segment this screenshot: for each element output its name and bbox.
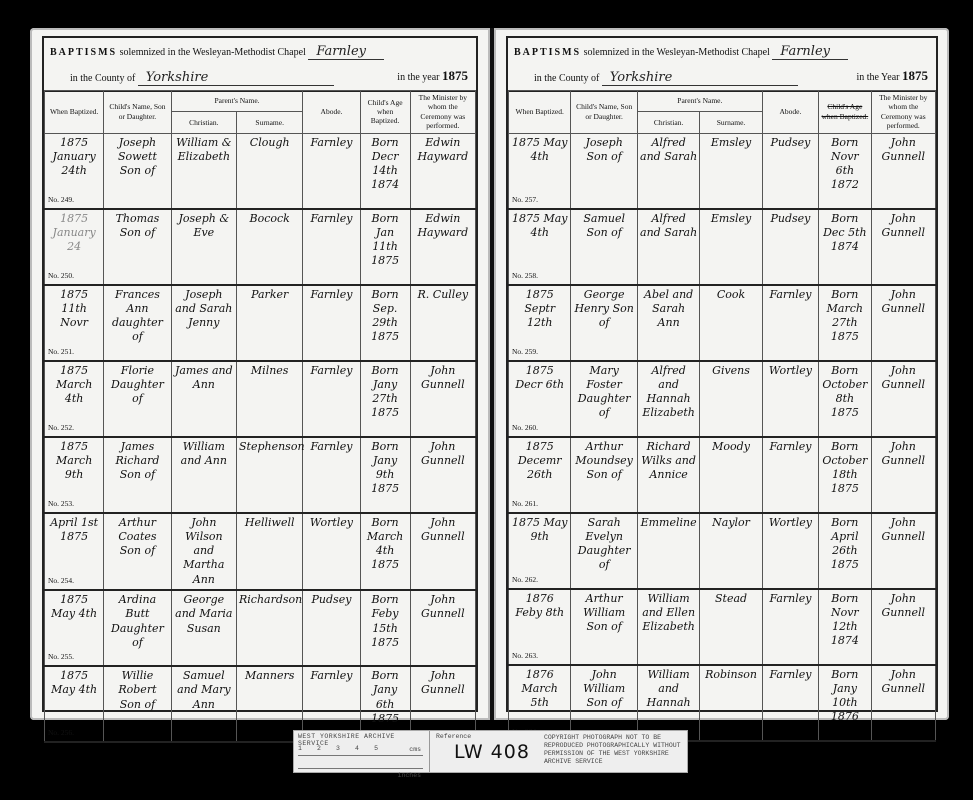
entry-christian: Samuel and Mary Ann [171,666,236,742]
register-frame-right: BAPTISMS solemnized in the Wesleyan-Meth… [506,36,938,712]
entry-age: Born Dec 5th 1874 [819,209,871,285]
col-parents-name: Parent's Name. [171,91,303,112]
entry-minister: John Gunnell [410,437,475,513]
scale-ruler-block: WEST YORKSHIRE ARCHIVE SERVICE 1 2 3 4 5… [294,731,430,772]
entry-christian: William and Ann [171,437,236,513]
county-name: Yorkshire [602,70,798,86]
year-label: in the year [397,72,439,83]
entry-abode: Pudsey [762,133,818,209]
entry-age: Born Novr 6th 1872 [819,133,871,209]
year-line-left: in the year 1875 [397,68,468,84]
entry-child: Sarah Evelyn Daughter of [571,513,637,589]
col-childs-name: Child's Name, Son or Daughter. [104,91,171,134]
entry-age: Born Feby 15th 1875 [360,590,410,666]
header-title-right: BAPTISMS solemnized in the Wesleyan-Meth… [514,44,848,60]
entry-number: No. 255. [48,652,74,662]
register-entry: 1875 Decr 6thNo. 260. Mary Foster Daught… [509,361,936,437]
entry-minister: John Gunnell [410,361,475,437]
col-parents-name: Parent's Name. [637,91,762,112]
entry-child: Thomas Son of [104,209,171,285]
ruler-cm-row: 1 2 3 4 5 cms [298,743,423,756]
entry-abode: Pudsey [303,590,360,666]
entry-christian: George and Maria Susan [171,590,236,666]
register-entry: 1875 May 4thNo. 257. Joseph Son of Alfre… [509,133,936,209]
entry-minister: R. Culley [410,285,475,361]
baptism-table-left: When Baptized. Child's Name, Son or Daug… [44,90,476,743]
ruler-tick: 5 [374,745,378,752]
register-entry: 1875 May 4thNo. 258. Samuel Son of Alfre… [509,209,936,285]
entry-number: No. 263. [512,651,538,661]
entry-age: Born March 27th 1875 [819,285,871,361]
entry-number: No. 261. [512,499,538,509]
entry-number: No. 252. [48,423,74,433]
entry-surname: Givens [700,361,762,437]
register-entry: 1875 March 4thNo. 252. Florie Daughter o… [45,361,476,437]
register-entry: 1875 January 24No. 250. Thomas Son of Jo… [45,209,476,285]
entry-surname: Milnes [237,361,303,437]
entry-age: Born April 26th 1875 [819,513,871,589]
entry-number: No. 256. [48,728,74,738]
entry-surname: Clough [237,133,303,209]
col-when-baptized: When Baptized. [509,91,571,134]
register-page-right: BAPTISMS solemnized in the Wesleyan-Meth… [494,28,949,720]
entry-when: 1875 May 4thNo. 258. [509,209,571,285]
col-surname: Surname. [237,112,303,133]
entry-age: Born Jan 11th 1875 [360,209,410,285]
header-caps: BAPTISMS [50,47,117,58]
entry-minister: Edwin Hayward [410,133,475,209]
ruler-tick: 2 [317,745,321,752]
entry-christian: Alfred and Sarah [637,133,699,209]
col-christian: Christian. [637,112,699,133]
register-entry: 1875 January 24thNo. 249. Joseph Sowett … [45,133,476,209]
entry-child: James Richard Son of [104,437,171,513]
entry-number: No. 251. [48,347,74,357]
entry-number: No. 259. [512,347,538,357]
entry-abode: Farnley [303,285,360,361]
entry-surname: Naylor [700,513,762,589]
col-surname: Surname. [700,112,762,133]
archive-reference-strip: WEST YORKSHIRE ARCHIVE SERVICE 1 2 3 4 5… [293,730,688,773]
entry-child: George Henry Son of [571,285,637,361]
col-childs-age: Child's Age when Baptized. [360,91,410,134]
entry-minister: Edwin Hayward [410,209,475,285]
entry-when: April 1st 1875No. 254. [45,513,104,590]
entry-when: 1875 May 4thNo. 257. [509,133,571,209]
entry-child: Arthur William Son of [571,589,637,665]
entry-number: No. 258. [512,271,538,281]
register-entry: 1875 March 9thNo. 253. James Richard Son… [45,437,476,513]
entry-christian: Alfred and Hannah Elizabeth [637,361,699,437]
entry-christian: Emmeline [637,513,699,589]
entry-minister: John Gunnell [871,437,935,513]
ruler-tick: 1 [298,745,302,752]
register-entry: 1875 May 9thNo. 262. Sarah Evelyn Daught… [509,513,936,589]
entry-when: 1875 11th NovrNo. 251. [45,285,104,361]
entry-abode: Farnley [762,589,818,665]
entry-when: 1875 March 9thNo. 253. [45,437,104,513]
unit-inches: inches [398,772,421,779]
entry-surname: Stead [700,589,762,665]
register-frame-left: BAPTISMS solemnized in the Wesleyan-Meth… [42,36,478,712]
entry-when: 1876 Feby 8thNo. 263. [509,589,571,665]
col-minister: The Minister by whom the Ceremony was pe… [871,91,935,134]
entry-age: Born Jany 9th 1875 [360,437,410,513]
entry-abode: Farnley [303,361,360,437]
county-prefix: in the County of [534,73,599,84]
entry-minister: John Gunnell [871,209,935,285]
year-value: 1875 [902,68,928,83]
entry-child: Mary Foster Daughter of [571,361,637,437]
entry-christian: Richard Wilks and Annice [637,437,699,513]
register-entry: April 1st 1875No. 254. Arthur Coates Son… [45,513,476,590]
reference-code: LW 408 [454,741,530,763]
entry-child: Ardina Butt Daughter of [104,590,171,666]
chapel-name: Farnley [772,44,848,60]
register-entry: 1876 Feby 8thNo. 263. Arthur William Son… [509,589,936,665]
entry-minister: John Gunnell [410,590,475,666]
ruler-inch-row: inches [298,756,423,769]
entry-abode: Wortley [303,513,360,590]
county-prefix: in the County of [70,73,135,84]
entry-surname: Bocock [237,209,303,285]
entry-when: 1875 March 4thNo. 252. [45,361,104,437]
entry-number: No. 260. [512,423,538,433]
entry-age: Born Decr 14th 1874 [360,133,410,209]
entry-age: Born Jany 27th 1875 [360,361,410,437]
copyright-notice: COPYRIGHT PHOTOGRAPH NOT TO BE REPRODUCE… [544,734,684,767]
entry-number: No. 262. [512,575,538,585]
entry-age: Born October 8th 1875 [819,361,871,437]
entry-number: No. 254. [48,576,74,586]
col-childs-age: Child's Age when Baptized. [819,91,871,134]
entry-number: No. 253. [48,499,74,509]
entry-child: Joseph Son of [571,133,637,209]
register-entry: 1875 11th NovrNo. 251. Frances Ann daugh… [45,285,476,361]
entry-child: Willie Robert Son of [104,666,171,742]
entry-child: Samuel Son of [571,209,637,285]
reference-label: Reference [436,733,471,740]
county-line-right: in the County of Yorkshire [534,70,798,86]
entry-abode: Farnley [762,437,818,513]
entry-child: Frances Ann daughter of [104,285,171,361]
entry-surname: Robinson [700,665,762,741]
register-entry: 1875 May 4thNo. 255. Ardina Butt Daughte… [45,590,476,666]
entry-when: 1875 Septr 12thNo. 259. [509,285,571,361]
entry-minister: John Gunnell [871,589,935,665]
baptism-table-right: When Baptized. Child's Name, Son or Daug… [508,90,936,742]
entry-child: Joseph Sowett Son of [104,133,171,209]
register-entry: 1875 Decemr 26thNo. 261. Arthur Moundsey… [509,437,936,513]
col-christian: Christian. [171,112,236,133]
entry-christian: Abel and Sarah Ann [637,285,699,361]
year-line-right: in the Year 1875 [856,68,928,84]
entry-surname: Helliwell [237,513,303,590]
entry-minister: John Gunnell [410,513,475,590]
entry-age: Born March 4th 1875 [360,513,410,590]
entry-number: No. 250. [48,271,74,281]
scale-ruler: 1 2 3 4 5 cms inches [298,743,423,769]
unit-cms: cms [409,746,421,753]
register-page-left: BAPTISMS solemnized in the Wesleyan-Meth… [30,28,490,720]
entry-abode: Farnley [762,665,818,741]
entry-when: 1875 January 24No. 250. [45,209,104,285]
entry-christian: Joseph and Sarah Jenny [171,285,236,361]
page-header-left: BAPTISMS solemnized in the Wesleyan-Meth… [44,38,476,92]
header-title-left: BAPTISMS solemnized in the Wesleyan-Meth… [50,44,384,60]
col-minister: The Minister by whom the Ceremony was pe… [410,91,475,134]
entry-number: No. 257. [512,195,538,205]
entry-surname: Stephenson [237,437,303,513]
entry-christian: James and Ann [171,361,236,437]
entry-minister: John Gunnell [871,665,935,741]
entry-child: Florie Daughter of [104,361,171,437]
entry-minister: John Gunnell [871,513,935,589]
entry-minister: John Gunnell [871,285,935,361]
entry-surname: Parker [237,285,303,361]
header-text: solemnized in the Wesleyan-Methodist Cha… [584,47,770,58]
entry-surname: Moody [700,437,762,513]
entry-abode: Farnley [303,133,360,209]
entry-when: 1875 Decemr 26thNo. 261. [509,437,571,513]
col-abode: Abode. [303,91,360,134]
entry-child: Arthur Coates Son of [104,513,171,590]
entry-abode: Wortley [762,361,818,437]
chapel-name: Farnley [308,44,384,60]
entry-when: 1875 May 4thNo. 255. [45,590,104,666]
entry-when: 1875 May 4thNo. 256. [45,666,104,742]
page-header-right: BAPTISMS solemnized in the Wesleyan-Meth… [508,38,936,92]
ruler-tick: 3 [336,745,340,752]
entry-number: No. 249. [48,195,74,205]
col-when-baptized: When Baptized. [45,91,104,134]
col-childs-name: Child's Name, Son or Daughter. [571,91,637,134]
register-entry: 1875 Septr 12thNo. 259. George Henry Son… [509,285,936,361]
entry-abode: Wortley [762,513,818,589]
entry-child: Arthur Moundsey Son of [571,437,637,513]
entry-abode: Farnley [762,285,818,361]
ruler-tick: 4 [355,745,359,752]
entry-when: 1875 January 24thNo. 249. [45,133,104,209]
entry-christian: William & Elizabeth [171,133,236,209]
entry-age: Born Novr 12th 1874 [819,589,871,665]
entry-abode: Pudsey [762,209,818,285]
entry-surname: Cook [700,285,762,361]
entry-christian: Joseph & Eve [171,209,236,285]
entry-age: Born Jany 10th 1876 [819,665,871,741]
year-label: in the Year [856,72,899,83]
header-caps: BAPTISMS [514,47,581,58]
col-abode: Abode. [762,91,818,134]
entry-christian: Alfred and Sarah [637,209,699,285]
year-value: 1875 [442,68,468,83]
entry-christian: William and Ellen Elizabeth [637,589,699,665]
entry-minister: John Gunnell [871,361,935,437]
entry-minister: John Gunnell [871,133,935,209]
entry-surname: Emsley [700,133,762,209]
entry-surname: Richardson [237,590,303,666]
county-line-left: in the County of Yorkshire [70,70,334,86]
entry-when: 1875 May 9thNo. 262. [509,513,571,589]
entry-christian: John Wilson and Martha Ann [171,513,236,590]
county-name: Yorkshire [138,70,334,86]
entry-abode: Farnley [303,437,360,513]
entry-when: 1875 Decr 6thNo. 260. [509,361,571,437]
entry-age: Born October 18th 1875 [819,437,871,513]
entry-abode: Farnley [303,209,360,285]
header-text: solemnized in the Wesleyan-Methodist Cha… [120,47,306,58]
entry-surname: Emsley [700,209,762,285]
entry-age: Born Sep. 29th 1875 [360,285,410,361]
